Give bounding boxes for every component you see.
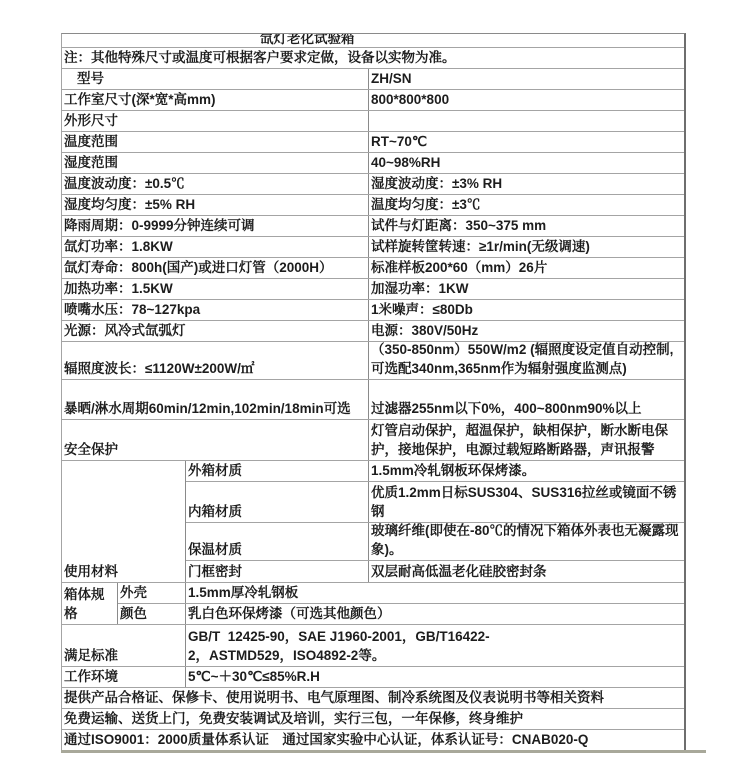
footer-row-certification: 通过ISO9001：2000质量体系认证 通过国家实验中心认证，体系认证号：CN… (62, 730, 684, 750)
spec-row-model: 型号 ZH/SN (62, 69, 684, 90)
cabinet-label-cell: 颜色 (118, 604, 186, 624)
spec-label-cell: 氙灯功率：1.8KW (62, 237, 369, 257)
spec-label-cell: 暴晒/淋水周期60min/12min,102min/18min可选 (62, 380, 369, 419)
environment-row: 工作环境 5℃~＋30℃≤85%R.H (62, 667, 684, 688)
spec-value-cell: 800*800*800 (369, 90, 684, 110)
spec-row-nozzle-pressure: 喷嘴水压：78~127kpa 1米噪声：≤80Db (62, 300, 684, 321)
cabinet-value-cell: 1.5mm厚冷轧钢板 (186, 583, 684, 603)
footer-text: 通过ISO9001：2000质量体系认证 通过国家实验中心认证，体系认证号：CN… (62, 730, 684, 750)
cabinet-value-cell: 乳白色环保烤漆（可选其他颜色） (186, 604, 684, 624)
spec-value-cell: RT~70℃ (369, 132, 684, 152)
spec-value-cell: 湿度波动度：±3% RH (369, 174, 684, 194)
spec-row-chamber-size: 工作室尺寸(深*宽*高mm) 800*800*800 (62, 90, 684, 111)
footer-row-documents: 提供产品合格证、保修卡、使用说明书、电气原理图、制冷系统图及仪表说明书等相关资料 (62, 688, 684, 709)
cabinet-group-row: 箱体规格 外壳 1.5mm厚冷轧钢板 颜色 乳白色环保烤漆（可选其他颜色） (62, 583, 684, 625)
materials-value-cell: 双层耐高低温老化硅胶密封条 (369, 561, 684, 582)
spec-row-safety-protection: 安全保护 灯管启动保护，超温保护，缺相保护，断水断电保护，接地保护，电源过载短路… (62, 420, 684, 461)
environment-label-cell: 工作环境 (62, 667, 186, 687)
footer-text: 提供产品合格证、保修卡、使用说明书、电气原理图、制冷系统图及仪表说明书等相关资料 (62, 688, 684, 708)
cabinet-group-cell: 箱体规格 (62, 583, 118, 624)
spec-value-cell: 标准样板200*60（mm）26片 (369, 258, 684, 278)
materials-row-door-seal: 门框密封 双层耐高低温老化硅胶密封条 (186, 561, 684, 582)
cabinet-label-cell: 外壳 (118, 583, 186, 603)
note-row: 注：其他特殊尺寸或温度可根据客户要求定做，设备以实物为准。 (62, 48, 684, 69)
spec-value-cell: 过滤器255nm以下0%，400~800nm90%以上 (369, 380, 684, 419)
cabinet-row-color: 颜色 乳白色环保烤漆（可选其他颜色） (118, 604, 684, 624)
table-title: 氙灯老化试验箱 (62, 34, 684, 47)
spec-label-cell: 温度波动度：±0.5℃ (62, 174, 369, 194)
materials-value-cell: 1.5mm冷轧钢板环保烤漆。 (369, 461, 684, 481)
table-bottom-rule (61, 750, 706, 753)
spec-row-temp-range: 温度范围 RT~70℃ (62, 132, 684, 153)
spec-row-outer-size: 外形尺寸 (62, 111, 684, 132)
note-text: 注：其他特殊尺寸或温度可根据客户要求定做，设备以实物为准。 (62, 48, 684, 68)
spec-value-cell: 40~98%RH (369, 153, 684, 173)
materials-row-outer-box: 外箱材质 1.5mm冷轧钢板环保烤漆。 (186, 461, 684, 482)
spec-label-cell: 氙灯寿命：800h(国产)或进口灯管（2000H） (62, 258, 369, 278)
spec-label-cell: 光源：风冷式氙弧灯 (62, 321, 369, 341)
spec-value-cell: 温度均匀度：±3℃ (369, 195, 684, 215)
materials-label-cell: 门框密封 (186, 561, 369, 582)
spec-row-heating-power: 加热功率：1.5KW 加湿功率：1KW (62, 279, 684, 300)
standards-value-cell: GB/T 12425-90，SAE J1960-2001，GB/T16422- … (186, 625, 684, 666)
spec-value-cell: 加湿功率：1KW (369, 279, 684, 299)
title-row: 氙灯老化试验箱 (62, 34, 684, 48)
materials-row-inner-box: 内箱材质 优质1.2mm日标SUS304、SUS316拉丝或镜面不锈钢 (186, 482, 684, 523)
materials-label-cell: 保温材质 (186, 523, 369, 560)
materials-subtable: 外箱材质 1.5mm冷轧钢板环保烤漆。 内箱材质 优质1.2mm日标SUS304… (186, 461, 684, 582)
cabinet-subtable: 外壳 1.5mm厚冷轧钢板 颜色 乳白色环保烤漆（可选其他颜色） (118, 583, 684, 624)
spec-row-exposure-cycle: 暴晒/淋水周期60min/12min,102min/18min可选 过滤器255… (62, 380, 684, 420)
materials-row-insulation: 保温材质 玻璃纤维(即使在-80℃的情况下箱体外表也无凝露现象)。 (186, 523, 684, 561)
spec-value-cell: 电源：380V/50Hz (369, 321, 684, 341)
spec-row-humidity-uniformity: 湿度均匀度：±5% RH 温度均匀度：±3℃ (62, 195, 684, 216)
spec-row-lamp-life: 氙灯寿命：800h(国产)或进口灯管（2000H） 标准样板200*60（mm）… (62, 258, 684, 279)
standards-row: 满足标准 GB/T 12425-90，SAE J1960-2001，GB/T16… (62, 625, 684, 667)
materials-value-cell: 优质1.2mm日标SUS304、SUS316拉丝或镜面不锈钢 (369, 482, 684, 522)
materials-group-cell: 使用材料 (62, 461, 186, 582)
spec-label-cell: 外形尺寸 (62, 111, 369, 131)
spec-sheet: 氙灯老化试验箱 注：其他特殊尺寸或温度可根据客户要求定做，设备以实物为准。 型号… (61, 33, 686, 753)
spec-label-cell: 温度范围 (62, 132, 369, 152)
footer-row-service: 免费运输、送货上门，免费安装调试及培训，实行三包，一年保修，终身维护 (62, 709, 684, 730)
spec-sheet-page: { "title": "氙灯老化试验箱", "note": "注：其他特殊尺寸或… (0, 0, 750, 764)
spec-table: 氙灯老化试验箱 注：其他特殊尺寸或温度可根据客户要求定做，设备以实物为准。 型号… (61, 33, 686, 750)
spec-row-lamp-power: 氙灯功率：1.8KW 试样旋转筐转速：≥1r/min(无级调速) (62, 237, 684, 258)
spec-label-cell: 降雨周期：0-9999分钟连续可调 (62, 216, 369, 236)
spec-value-cell: 试件与灯距离：350~375 mm (369, 216, 684, 236)
spec-label-cell: 加热功率：1.5KW (62, 279, 369, 299)
spec-value-cell (369, 111, 684, 131)
footer-text: 免费运输、送货上门，免费安装调试及培训，实行三包，一年保修，终身维护 (62, 709, 684, 729)
spec-label-cell: 工作室尺寸(深*宽*高mm) (62, 90, 369, 110)
spec-label-cell: 湿度范围 (62, 153, 369, 173)
standards-label-cell: 满足标准 (62, 625, 186, 666)
cabinet-row-shell: 外壳 1.5mm厚冷轧钢板 (118, 583, 684, 604)
spec-value-cell: （350-850nm）550W/m2 (辐照度设定值自动控制,可选配340nm,… (369, 342, 684, 379)
materials-label-cell: 内箱材质 (186, 482, 369, 522)
spec-label-cell: 型号 (62, 69, 369, 89)
spec-value-cell: 试样旋转筐转速：≥1r/min(无级调速) (369, 237, 684, 257)
spec-label-cell: 辐照度波长：≤1120W±200W/㎡ (62, 342, 369, 379)
spec-label-cell: 湿度均匀度：±5% RH (62, 195, 369, 215)
spec-label-cell: 喷嘴水压：78~127kpa (62, 300, 369, 320)
spec-value-cell: 1米噪声：≤80Db (369, 300, 684, 320)
spec-value-cell: ZH/SN (369, 69, 684, 89)
materials-label-cell: 外箱材质 (186, 461, 369, 481)
materials-group-row: 使用材料 外箱材质 1.5mm冷轧钢板环保烤漆。 内箱材质 优质1.2mm日标S… (62, 461, 684, 583)
spec-label-cell: 安全保护 (62, 420, 369, 460)
environment-value-cell: 5℃~＋30℃≤85%R.H (186, 667, 684, 687)
spec-row-light-source: 光源：风冷式氙弧灯 电源：380V/50Hz (62, 321, 684, 342)
spec-value-cell: 灯管启动保护，超温保护，缺相保护，断水断电保护，接地保护，电源过载短路断路器，声… (369, 420, 684, 460)
spec-row-humidity-range: 湿度范围 40~98%RH (62, 153, 684, 174)
materials-value-cell: 玻璃纤维(即使在-80℃的情况下箱体外表也无凝露现象)。 (369, 523, 684, 560)
spec-row-temp-fluctuation: 温度波动度：±0.5℃ 湿度波动度：±3% RH (62, 174, 684, 195)
spec-row-irradiance: 辐照度波长：≤1120W±200W/㎡ （350-850nm）550W/m2 (… (62, 342, 684, 380)
spec-row-rain-cycle: 降雨周期：0-9999分钟连续可调 试件与灯距离：350~375 mm (62, 216, 684, 237)
